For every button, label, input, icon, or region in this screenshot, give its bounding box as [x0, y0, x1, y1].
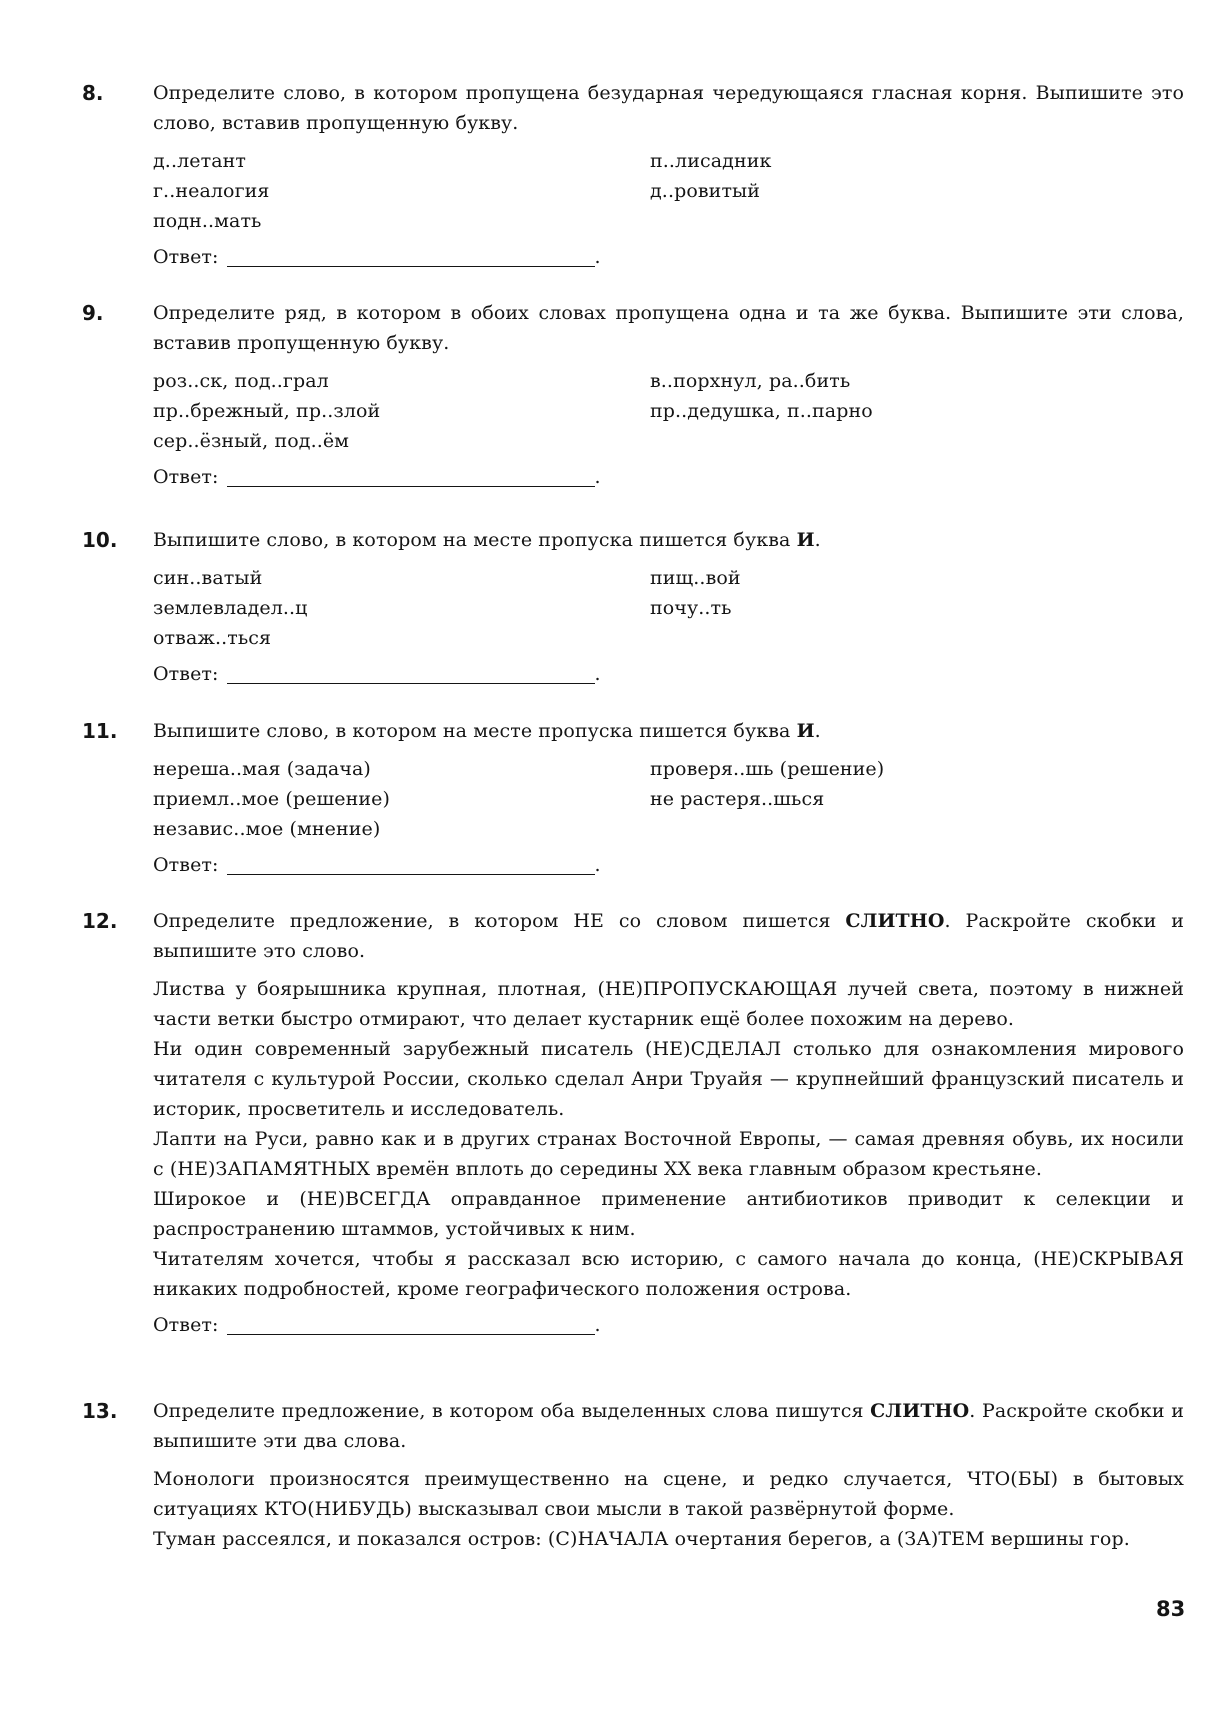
option: пр..брежный, пр..злой — [153, 396, 650, 426]
option: п..лисадник — [650, 146, 1184, 176]
task-11: 11. Выпишите слово, в котором на месте п… — [82, 716, 1184, 880]
answer-period: . — [595, 462, 601, 492]
task-number: 13. — [82, 1396, 117, 1426]
option: пищ..вой — [650, 563, 1184, 593]
options-grid: нереша..мая (задача) приемл..мое (решени… — [153, 754, 1184, 844]
task-body: Выпишите слово, в котором на месте пропу… — [153, 525, 1184, 689]
sentence: Ни один современный зарубежный писатель … — [153, 1034, 1184, 1124]
option: нереша..мая (задача) — [153, 754, 650, 784]
option: пр..дедушка, п..парно — [650, 396, 1184, 426]
option: подн..мать — [153, 206, 650, 236]
task-prompt: Определите слово, в котором пропущена бе… — [153, 78, 1184, 138]
sentence: Читателям хочется, чтобы я рассказал всю… — [153, 1244, 1184, 1304]
answer-field[interactable] — [227, 852, 595, 875]
options-left-column: син..ватый землевладел..ц отваж..ться — [153, 563, 650, 653]
prompt-text: Выпишите слово, в котором на месте пропу… — [153, 529, 797, 551]
answer-label: Ответ: — [153, 242, 219, 272]
options-right-column: проверя..шь (решение) не растеря..шься — [650, 754, 1184, 844]
task-prompt: Выпишите слово, в котором на месте пропу… — [153, 716, 1184, 746]
task-prompt: Определите предложение, в котором НЕ со … — [153, 906, 1184, 966]
answer-row: Ответ: . — [153, 462, 1184, 492]
answer-field[interactable] — [227, 464, 595, 487]
option: отваж..ться — [153, 623, 650, 653]
option: приемл..мое (решение) — [153, 784, 650, 814]
task-number: 12. — [82, 906, 117, 936]
task-body: Выпишите слово, в котором на месте пропу… — [153, 716, 1184, 880]
sentence: Монологи произносятся преимущественно на… — [153, 1464, 1184, 1524]
answer-row: Ответ: . — [153, 242, 1184, 272]
option: роз..ск, под..грал — [153, 366, 650, 396]
task-number: 8. — [82, 78, 104, 108]
option: д..летант — [153, 146, 650, 176]
options-left-column: д..летант г..неалогия подн..мать — [153, 146, 650, 236]
task-13: 13. Определите предложение, в котором об… — [82, 1396, 1184, 1554]
option: независ..мое (мнение) — [153, 814, 650, 844]
prompt-text-end: . — [815, 720, 821, 742]
answer-row: Ответ: . — [153, 659, 1184, 689]
task-9: 9. Определите ряд, в котором в обоих сло… — [82, 298, 1184, 492]
task-body: Определите предложение, в котором НЕ со … — [153, 906, 1184, 1340]
answer-period: . — [595, 242, 601, 272]
option: д..ровитый — [650, 176, 1184, 206]
task-body: Определите предложение, в котором оба вы… — [153, 1396, 1184, 1554]
task-8: 8. Определите слово, в котором пропущена… — [82, 78, 1184, 272]
sentence: Листва у боярышника крупная, плотная, (Н… — [153, 974, 1184, 1034]
option: в..порхнул, ра..бить — [650, 366, 1184, 396]
prompt-emphasis: СЛИТНО — [845, 910, 944, 932]
options-right-column: п..лисадник д..ровитый — [650, 146, 1184, 236]
options-grid: роз..ск, под..грал пр..брежный, пр..злой… — [153, 366, 1184, 456]
options-right-column: в..порхнул, ра..бить пр..дедушка, п..пар… — [650, 366, 1184, 456]
option: не растеря..шься — [650, 784, 1184, 814]
task-prompt: Выпишите слово, в котором на месте пропу… — [153, 525, 1184, 555]
task-prompt: Определите ряд, в котором в обоих словах… — [153, 298, 1184, 358]
answer-period: . — [595, 1310, 601, 1340]
answer-label: Ответ: — [153, 462, 219, 492]
option: проверя..шь (решение) — [650, 754, 1184, 784]
sentence-list: Монологи произносятся преимущественно на… — [153, 1464, 1184, 1554]
sentence: Лапти на Руси, равно как и в других стра… — [153, 1124, 1184, 1184]
prompt-text-end: . — [815, 529, 821, 551]
task-body: Определите ряд, в котором в обоих словах… — [153, 298, 1184, 492]
answer-period: . — [595, 659, 601, 689]
options-grid: син..ватый землевладел..ц отваж..ться пи… — [153, 563, 1184, 653]
page-number: 83 — [1156, 1594, 1185, 1624]
answer-row: Ответ: . — [153, 1310, 1184, 1340]
workbook-page: 8. Определите слово, в котором пропущена… — [0, 0, 1216, 1712]
task-10: 10. Выпишите слово, в котором на месте п… — [82, 525, 1184, 689]
answer-row: Ответ: . — [153, 850, 1184, 880]
task-body: Определите слово, в котором пропущена бе… — [153, 78, 1184, 272]
prompt-text: Определите предложение, в котором НЕ со … — [153, 910, 845, 932]
task-12: 12. Определите предложение, в котором НЕ… — [82, 906, 1184, 1340]
option: г..неалогия — [153, 176, 650, 206]
sentence: Туман рассеялся, и показался остров: (С)… — [153, 1524, 1184, 1554]
task-number: 9. — [82, 298, 104, 328]
task-prompt: Определите предложение, в котором оба вы… — [153, 1396, 1184, 1456]
options-right-column: пищ..вой почу..ть — [650, 563, 1184, 653]
sentence-list: Листва у боярышника крупная, плотная, (Н… — [153, 974, 1184, 1304]
option: почу..ть — [650, 593, 1184, 623]
option: син..ватый — [153, 563, 650, 593]
answer-period: . — [595, 850, 601, 880]
answer-field[interactable] — [227, 244, 595, 267]
prompt-emphasis: И — [797, 529, 815, 551]
options-left-column: нереша..мая (задача) приемл..мое (решени… — [153, 754, 650, 844]
answer-label: Ответ: — [153, 1310, 219, 1340]
sentence: Широкое и (НЕ)ВСЕГДА оправданное примене… — [153, 1184, 1184, 1244]
task-number: 11. — [82, 716, 117, 746]
prompt-text: Определите предложение, в котором оба вы… — [153, 1400, 870, 1422]
answer-field[interactable] — [227, 1312, 595, 1335]
answer-label: Ответ: — [153, 659, 219, 689]
task-number: 10. — [82, 525, 117, 555]
answer-label: Ответ: — [153, 850, 219, 880]
prompt-emphasis: СЛИТНО — [870, 1400, 969, 1422]
options-left-column: роз..ск, под..грал пр..брежный, пр..злой… — [153, 366, 650, 456]
option: сер..ёзный, под..ём — [153, 426, 650, 456]
prompt-emphasis: И — [797, 720, 815, 742]
answer-field[interactable] — [227, 661, 595, 684]
option: землевладел..ц — [153, 593, 650, 623]
options-grid: д..летант г..неалогия подн..мать п..лиса… — [153, 146, 1184, 236]
prompt-text: Выпишите слово, в котором на месте пропу… — [153, 720, 797, 742]
